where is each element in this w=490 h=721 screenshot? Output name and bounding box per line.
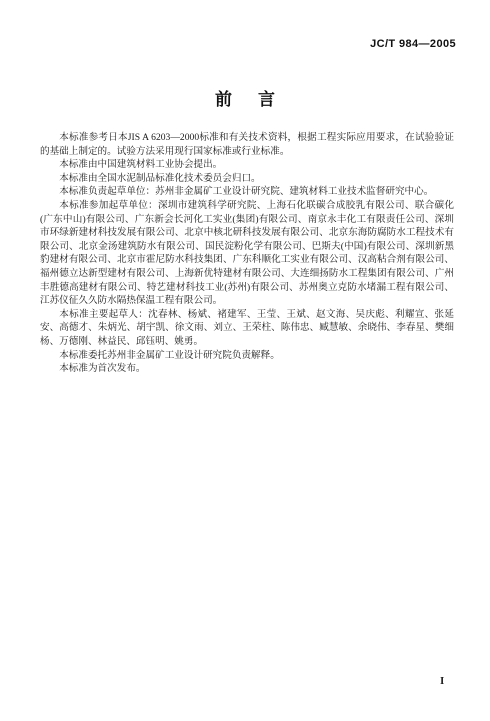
foreword-paragraph-intro: 本标准参考日本JIS A 6203—2000标准和有关技术资料，根据工程实际应用… bbox=[40, 131, 454, 158]
foreword-body: 本标准参考日本JIS A 6203—2000标准和有关技术资料，根据工程实际应用… bbox=[40, 131, 454, 376]
foreword-paragraph-chief-drafting-org: 本标准负责起草单位：苏州非金属矿工业设计研究院、建筑材料工业技术监督研究中心。 bbox=[40, 185, 454, 199]
standard-code: JC/T 984—2005 bbox=[0, 38, 456, 50]
foreword-paragraph-interpretation: 本标准委托苏州非金属矿工业设计研究院负责解释。 bbox=[40, 349, 454, 363]
foreword-paragraph-first-issue: 本标准为首次发布。 bbox=[40, 362, 454, 376]
page-title: 前言 bbox=[0, 85, 490, 110]
foreword-paragraph-proposed-by: 本标准由中国建筑材料工业协会提出。 bbox=[40, 158, 454, 172]
foreword-paragraph-participating-orgs: 本标准参加起草单位：深圳市建筑科学研究院、上海石化联碳合成胶乳有限公司、联合碳化… bbox=[40, 199, 454, 308]
document-page: JC/T 984—2005 前言 本标准参考日本JIS A 6203—2000标… bbox=[0, 0, 490, 721]
foreword-paragraph-drafters: 本标准主要起草人：沈春林、杨斌、褚建军、王莹、王斌、赵文海、吴庆彪、利耀宣、张延… bbox=[40, 308, 454, 349]
foreword-paragraph-centralized-by: 本标准由全国水泥制品标准化技术委员会归口。 bbox=[40, 172, 454, 186]
page-number: I bbox=[440, 675, 444, 687]
